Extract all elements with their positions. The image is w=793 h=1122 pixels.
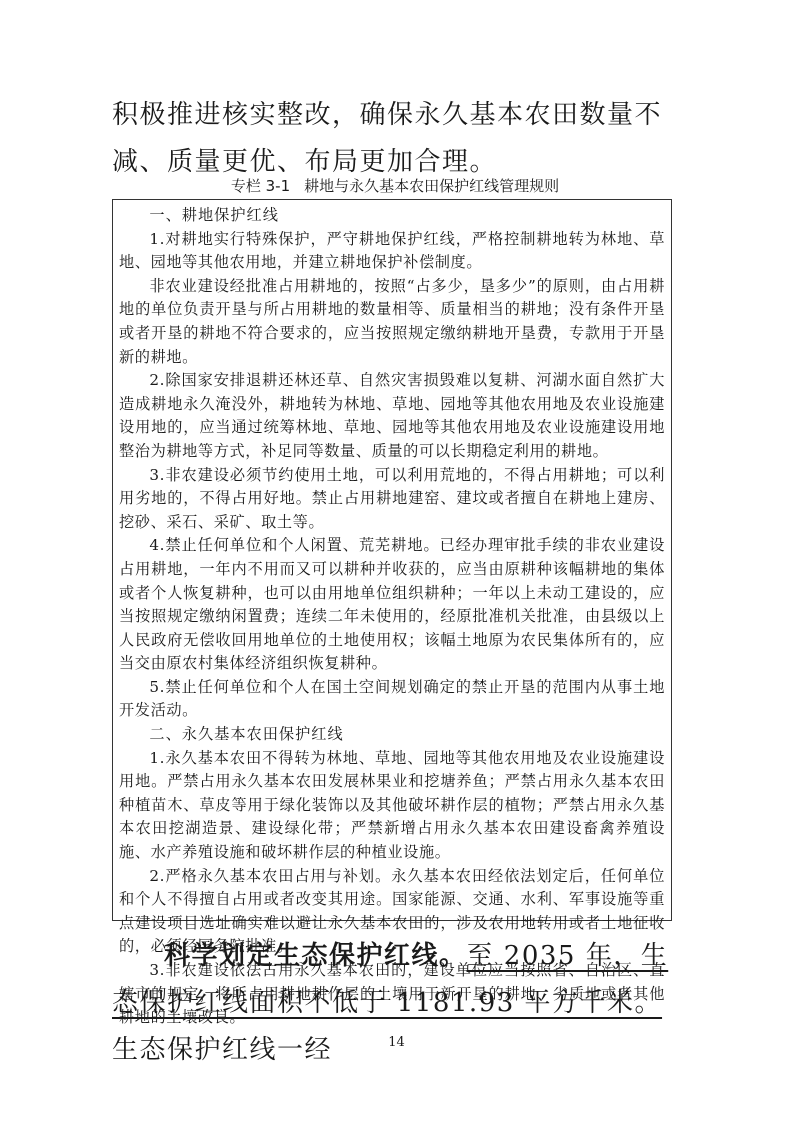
section-heading: 二、永久基本农田保护红线 (119, 723, 665, 747)
box-paragraph: 1.永久基本农田不得转为林地、草地、园地等其他农用地及农业设施建设用地。严禁占用… (119, 747, 665, 865)
box-paragraph: 5.禁止任何单位和个人在国土空间规划确定的禁止开垦的范围内从事土地开发活动。 (119, 676, 665, 723)
page-number: 14 (0, 1035, 793, 1050)
box-caption: 专栏 3-1耕地与永久基本农田保护红线管理规则 (112, 176, 678, 196)
box-paragraph: 非农业建设经批准占用耕地的，按照“占多少，垦多少”的原则，由占用耕地的单位负责开… (119, 275, 665, 369)
regulation-box: 一、耕地保护红线 1.对耕地实行特殊保护，严守耕地保护红线，严格控制耕地转为林地… (112, 199, 672, 921)
box-title: 耕地与永久基本农田保护红线管理规则 (304, 177, 559, 195)
box-paragraph: 4.禁止任何单位和个人闲置、荒芜耕地。已经办理审批手续的非农业建设占用耕地，一年… (119, 534, 665, 676)
closing-paragraph: 科学划定生态保护红线。至 2035 年，生态保护红线面积不低于 1181.93 … (112, 933, 678, 1074)
box-paragraph: 1.对耕地实行特殊保护，严守耕地保护红线，严格控制耕地转为林地、草地、园地等其他… (119, 228, 665, 275)
document-page: 积极推进核实整改，确保永久基本农田数量不减、质量更优、布局更加合理。 专栏 3-… (0, 0, 793, 1122)
section-heading: 一、耕地保护红线 (119, 204, 665, 228)
closing-bold-lead: 科学划定生态保护红线。 (164, 941, 467, 971)
box-paragraph: 2.除国家安排退耕还林还草、自然灾害损毁难以复耕、河湖水面自然扩大造成耕地永久淹… (119, 369, 665, 463)
box-paragraph: 3.非农建设必须节约使用土地，可以利用荒地的，不得占用耕地；可以利用劣地的，不得… (119, 464, 665, 535)
box-label: 专栏 3-1 (231, 177, 290, 195)
intro-paragraph: 积极推进核实整改，确保永久基本农田数量不减、质量更优、布局更加合理。 (112, 92, 678, 186)
